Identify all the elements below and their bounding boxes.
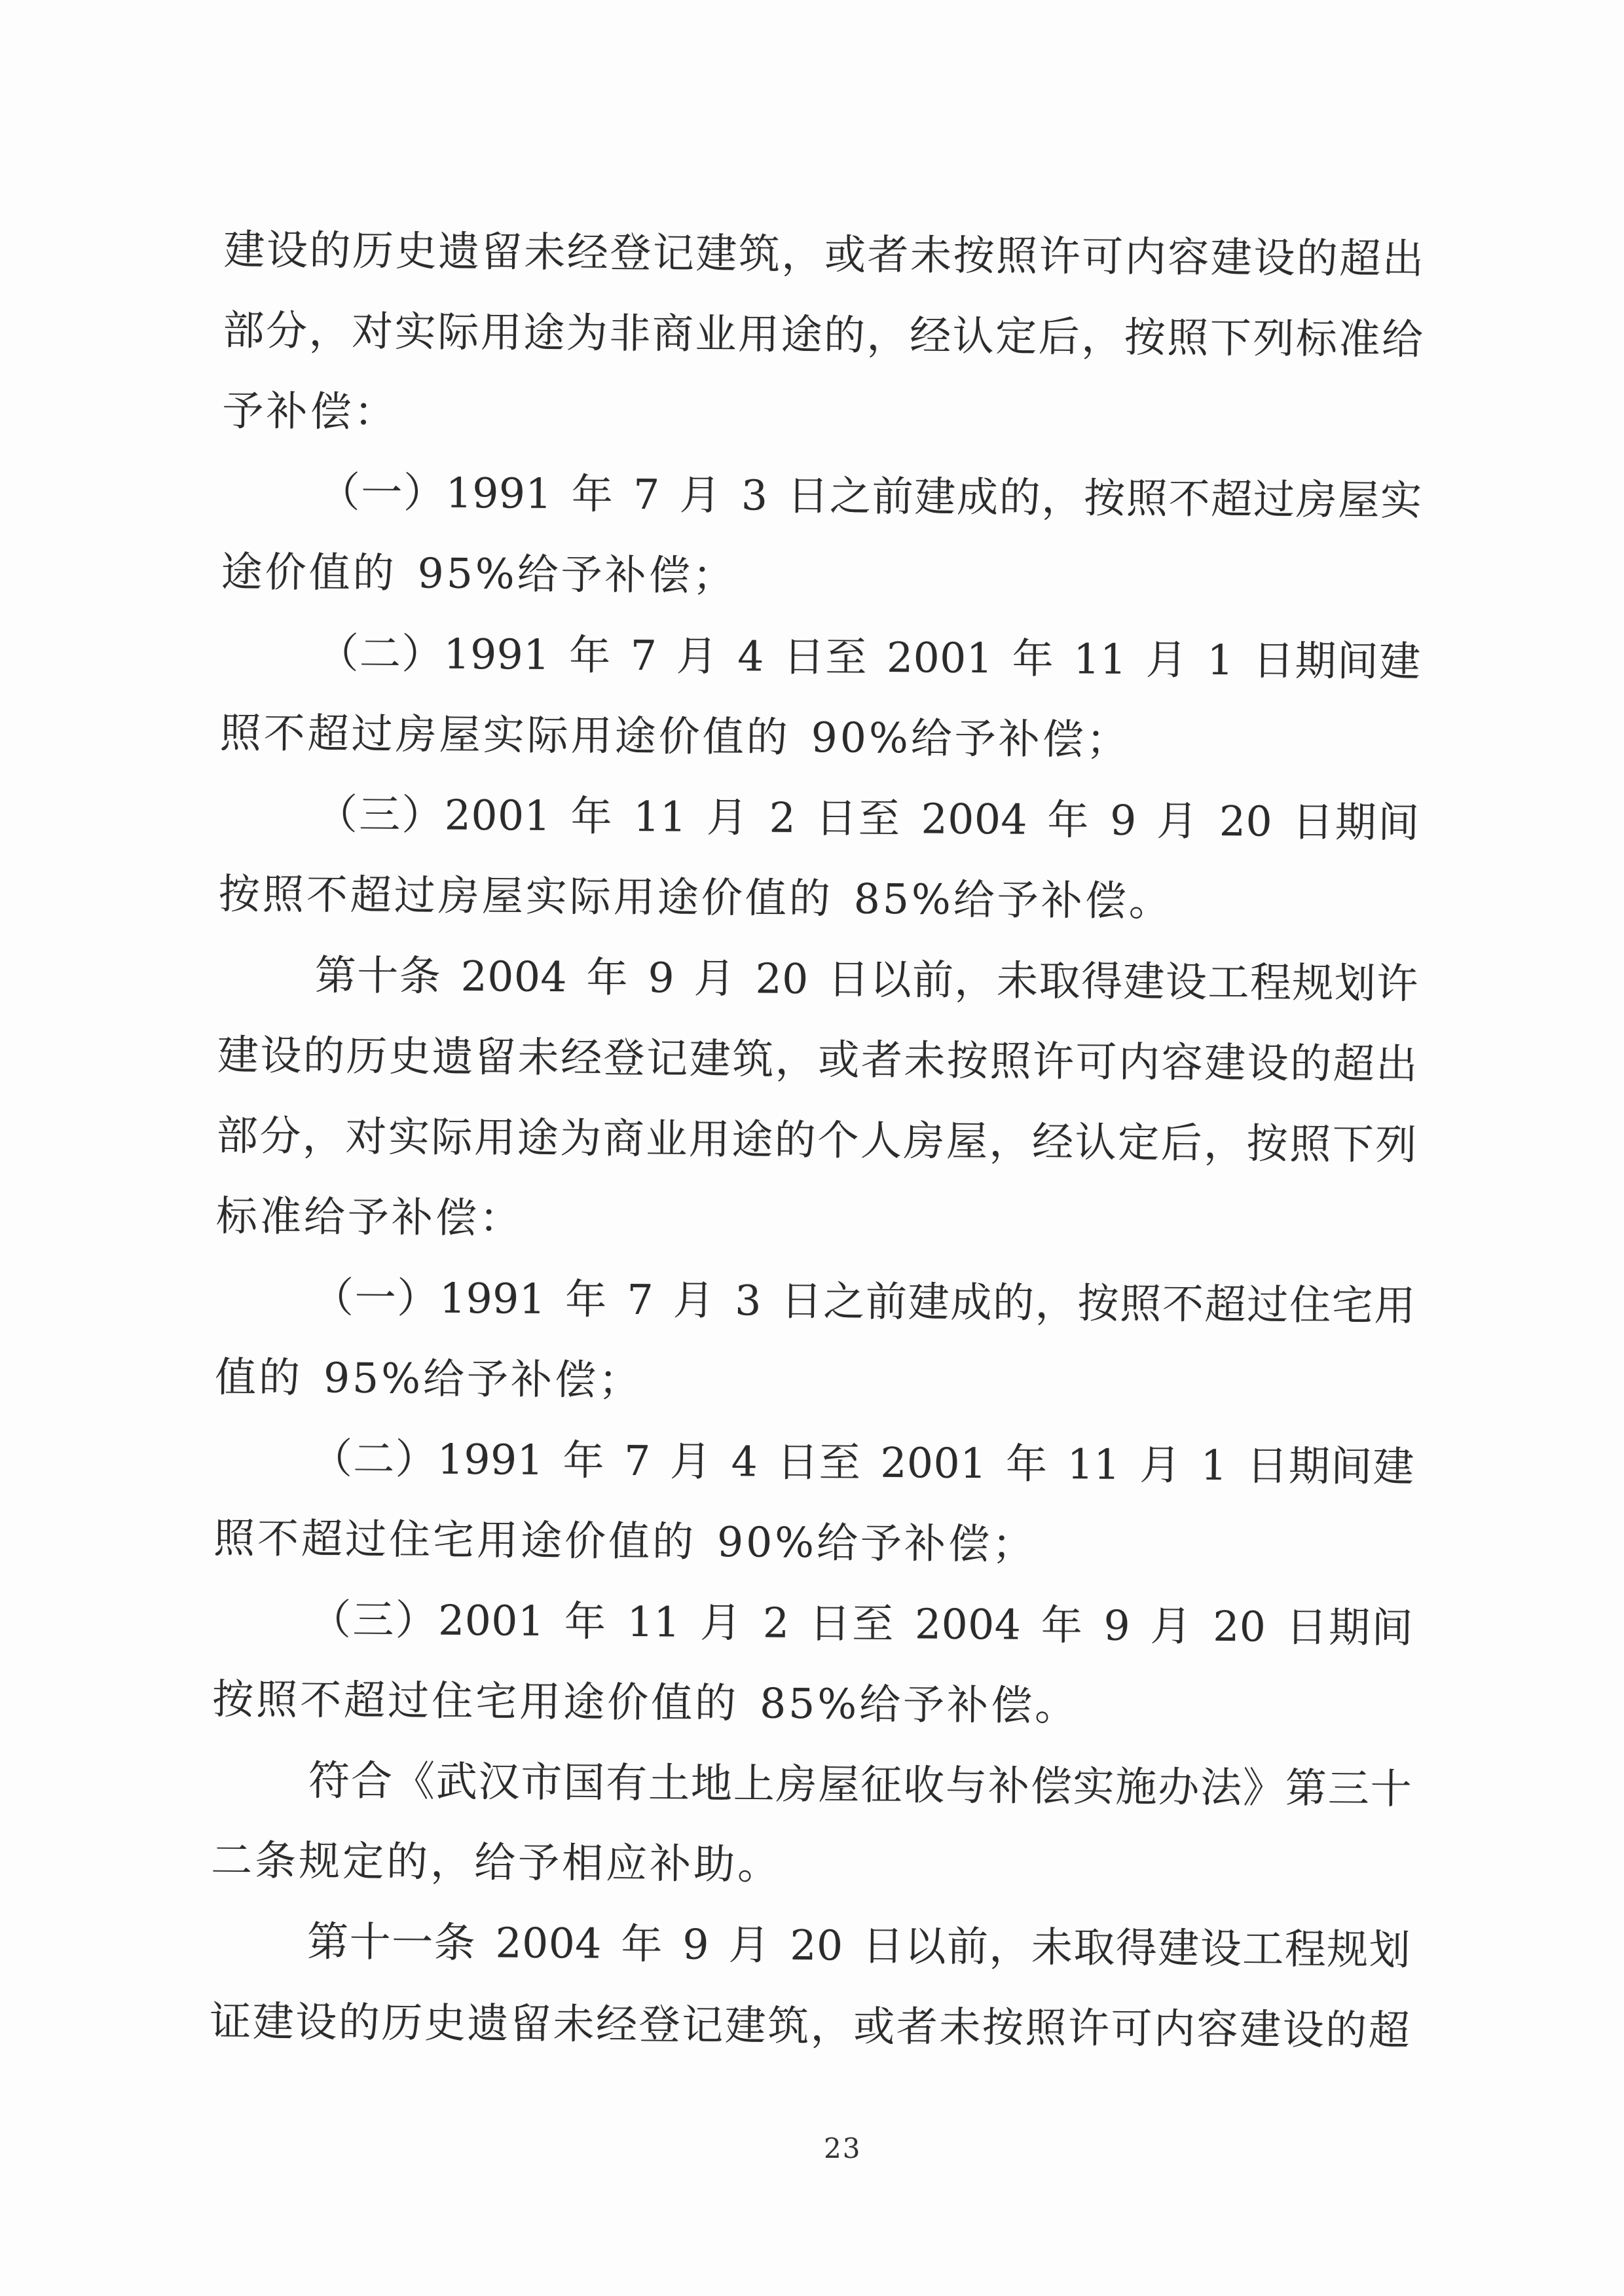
scanned-page: 建设的历史遗留未经登记建筑，或者未按照许可内容建设的超出 部分，对实际用途为非商… <box>0 0 1624 2296</box>
text-line: 二条规定的，给予相应补助。 <box>211 1820 1412 1910</box>
text-line: 第十一条 2004 年 9 月 20 日以前，未取得建设工程规划许可 <box>210 1901 1411 1990</box>
text-line: 途价值的 95%给予补偿； <box>221 532 1422 621</box>
text-line: 照不超过房屋实际用途价值的 90%给予补偿； <box>219 693 1420 782</box>
text-line: （二）1991 年 7 月 4 日至 2001 年 11 月 1 日期间建成的，… <box>220 612 1421 702</box>
text-line: 照不超过住宅用途价值的 90%给予补偿； <box>213 1498 1414 1588</box>
text-line: 符合《武汉市国有土地上房屋征收与补偿实施办法》第三十 <box>212 1740 1412 1829</box>
text-line: 标准给予补偿： <box>215 1176 1416 1266</box>
text-line: （一）1991 年 7 月 3 日之前建成的，按照不超过住宅用途价 <box>215 1256 1416 1346</box>
text-line: （三）2001 年 11 月 2 日至 2004 年 9 月 20 日期间建成的… <box>219 773 1420 863</box>
text-line: 值的 95%给予补偿； <box>215 1337 1416 1427</box>
text-line: 予补偿： <box>222 371 1423 460</box>
text-line: 按照不超过住宅用途价值的 85%给予补偿。 <box>212 1659 1413 1749</box>
page-number: 23 <box>824 2135 861 2162</box>
text-line: 按照不超过房屋实际用途价值的 85%给予补偿。 <box>218 854 1419 943</box>
document-body: 建设的历史遗留未经登记建筑，或者未按照许可内容建设的超出 部分，对实际用途为非商… <box>210 210 1424 2071</box>
text-line: 第十条 2004 年 9 月 20 日以前，未取得建设工程规划许可证 <box>217 934 1418 1024</box>
text-line: 部分，对实际用途为非商业用途的，经认定后，按照下列标准给 <box>223 290 1424 380</box>
text-line: （三）2001 年 11 月 2 日至 2004 年 9 月 20 日期间建成的… <box>213 1578 1414 1668</box>
text-line: 建设的历史遗留未经登记建筑，或者未按照许可内容建设的超出 <box>217 1015 1418 1104</box>
text-line: 部分，对实际用途为商业用途的个人房屋，经认定后，按照下列 <box>216 1095 1417 1185</box>
text-line: 建设的历史遗留未经登记建筑，或者未按照许可内容建设的超出 <box>223 210 1424 299</box>
text-line: 证建设的历史遗留未经登记建筑，或者未按照许可内容建设的超 <box>210 1981 1411 2071</box>
text-line: （一）1991 年 7 月 3 日之前建成的，按照不超过房屋实际用 <box>221 451 1422 541</box>
text-line: （二）1991 年 7 月 4 日至 2001 年 11 月 1 日期间建成的，… <box>214 1417 1415 1507</box>
